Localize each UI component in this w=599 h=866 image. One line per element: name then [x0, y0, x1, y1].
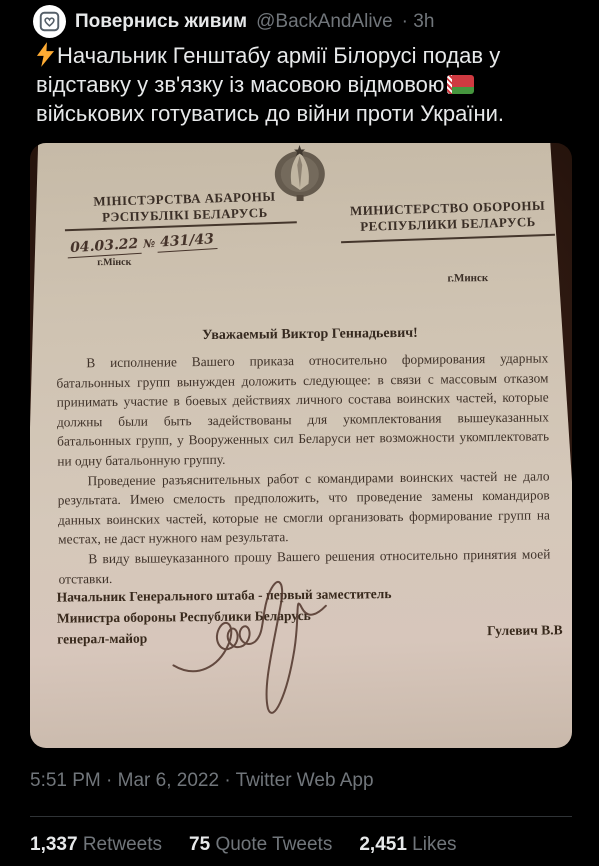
user-handle[interactable]: @BackAndAlive	[256, 11, 393, 33]
lightning-bolt-icon	[36, 42, 55, 67]
tweet-text: Начальник Генштабу армії Білорусі подав …	[36, 41, 568, 128]
likes-label: Likes	[412, 834, 456, 855]
letterhead-belarusian: МІНІСТЭРСТВА АБАРОНЫ РЭСПУБЛІКІ БЕЛАРУСЬ	[68, 188, 301, 225]
document-salutation: Уважаемый Виктор Геннадьевич!	[32, 324, 572, 346]
quote-tweets-stat[interactable]: 75 Quote Tweets	[189, 834, 332, 856]
document-body: В исполнение Вашего приказа относительно…	[56, 348, 550, 588]
letterhead-rule-right	[341, 234, 555, 243]
retweets-stat[interactable]: 1,337 Retweets	[30, 834, 162, 856]
quote-tweets-count: 75	[189, 834, 210, 855]
likes-count: 2,451	[359, 834, 407, 855]
tweet-stats: 1,337 Retweets 75 Quote Tweets 2,451 Lik…	[30, 834, 457, 856]
tweet-text-part2: військових готуватись до війни проти Укр…	[36, 101, 504, 126]
display-name[interactable]: Повернись живим	[75, 11, 247, 33]
tweet-age: · 3h	[402, 11, 435, 33]
quote-tweets-label: Quote Tweets	[215, 834, 332, 855]
divider	[30, 816, 572, 817]
city-minsk-russian: г.Минск	[447, 272, 488, 284]
tweet-text-part1: Начальник Генштабу армії Білорусі подав …	[36, 43, 500, 97]
document-paragraph: Проведение разъяснительных работ с коман…	[57, 466, 550, 550]
handwritten-signature	[167, 556, 349, 733]
retweets-label: Retweets	[83, 834, 162, 855]
letterhead-russian: МИНИСТЕРСТВО ОБОРОНЫ РЕСПУБЛИКИ БЕЛАРУСЬ	[338, 197, 557, 234]
city-minsk-belarusian: г.Мінск	[97, 257, 131, 268]
tweet-header: Повернись живим @BackAndAlive · 3h	[33, 5, 434, 38]
tweet-card: Повернись живим @BackAndAlive · 3h Начал…	[0, 0, 599, 866]
signatory-name: Гулевич В.В	[487, 622, 563, 639]
avatar[interactable]	[33, 5, 66, 38]
tweet-image-document-photo[interactable]: МІНІСТЭРСТВА АБАРОНЫ РЭСПУБЛІКІ БЕЛАРУСЬ…	[30, 143, 572, 748]
come-back-alive-logo-icon	[39, 11, 60, 32]
retweets-count: 1,337	[30, 834, 78, 855]
belarus-flag-icon	[447, 75, 474, 94]
tweet-timestamp[interactable]: 5:51 PM · Mar 6, 2022 · Twitter Web App	[30, 770, 374, 792]
document-paper: МІНІСТЭРСТВА АБАРОНЫ РЭСПУБЛІКІ БЕЛАРУСЬ…	[30, 143, 572, 748]
handwritten-date-number: 04.03.22№431/43	[67, 231, 218, 256]
likes-stat[interactable]: 2,451 Likes	[359, 834, 456, 856]
document-paragraph: В исполнение Вашего приказа относительно…	[56, 348, 549, 471]
